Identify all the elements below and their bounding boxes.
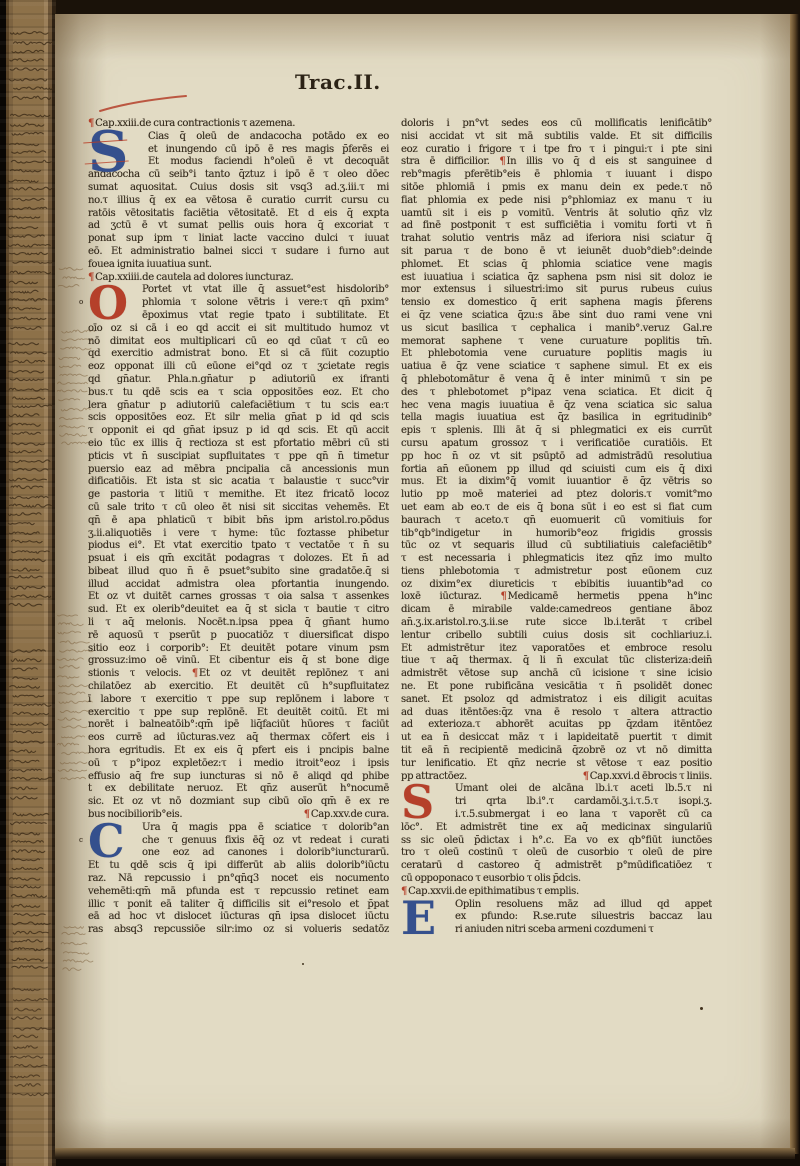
body-text-line: cū sale trito τ cū oleo ēt nisi sit sicc… xyxy=(88,502,389,515)
body-text-line: nō dimitat eos multiplicari cū eo qd cūa… xyxy=(88,336,389,349)
handwriting-line xyxy=(10,143,39,146)
handwriting-line xyxy=(9,78,47,81)
body-text-line: Oplin resoluens māz ad illud qd appet xyxy=(455,899,712,912)
handwriting-line xyxy=(12,568,40,571)
body-text-line: nisi accidat vt sit mā subtilis valde. E… xyxy=(401,131,712,144)
handwriting-line xyxy=(60,434,87,437)
body-text-line: admistrēt vētose sup anchā cū icisione τ… xyxy=(401,668,712,681)
ink-speck xyxy=(700,1007,703,1010)
handwriting-line xyxy=(61,736,84,739)
body-text-line: dificatiōis. Et ista st sic acatia τ bal… xyxy=(88,476,389,489)
body-text-line: Et oz vt duitēt carnes grossas τ oia sal… xyxy=(88,591,389,604)
body-text-line: norēt i balneatōib°:qm̄ ipē liq̄faciūt h… xyxy=(88,719,389,732)
handwriting-line xyxy=(60,641,89,644)
body-text-line: uatiua ē q̄z vene sciatice τ saphene sim… xyxy=(401,361,712,374)
handwriting-line xyxy=(10,378,43,380)
handwriting-line xyxy=(60,417,84,419)
body-text-line: ss sic oleū p̄dictax i h°.c. Ea vo ex qb… xyxy=(401,835,712,848)
handwriting-line xyxy=(10,32,48,35)
body-text-line: ʒ.ii.aliquotiēs i vere τ hyme: tūc fozta… xyxy=(88,528,389,541)
handwriting-line xyxy=(10,948,51,951)
handwriting-line xyxy=(12,904,40,907)
body-text-line: vehemēti:qm̄ mā pfunda est τ repcussio r… xyxy=(88,886,389,899)
handwriting-line xyxy=(11,160,51,163)
body-text-line: hec vena magis iuuatiua ē q̄z vena sciat… xyxy=(401,400,712,413)
handwriting-line xyxy=(59,623,84,626)
book-photo: Trac.II. ¶Cap.xxiii.de cura contractioni… xyxy=(0,0,800,1166)
body-text-line: illud accidat admistra olea pfortantia i… xyxy=(88,579,389,592)
handwriting-line xyxy=(59,365,80,368)
body-text-line: bibeat illud quo n̄ ē psuet°subito sine … xyxy=(88,566,389,579)
body-text-line: fiat phlomia ex pede nisi p°phlomiaz ex … xyxy=(401,195,712,208)
body-text-line: tiens phlebotomia τ admistretur post eūo… xyxy=(401,566,712,579)
handwriting-line xyxy=(9,371,44,373)
handwriting-line xyxy=(14,704,51,706)
body-text-line: tro τ oleū costinū τ oleū de cusorbio τ … xyxy=(401,847,712,860)
handwriting-line xyxy=(10,207,47,209)
body-text-line: tensio ex domestico q̄ erit saphena magi… xyxy=(401,297,712,310)
initial-letter: O xyxy=(88,281,128,325)
handwriting-line xyxy=(10,271,50,274)
handwriting-line xyxy=(57,658,83,661)
handwriting-line xyxy=(60,374,87,376)
handwriting-line xyxy=(11,123,44,126)
handwriting-line xyxy=(9,460,50,463)
body-text-line: che τ genuus fixis ēq̄ oz vt redeat i cu… xyxy=(142,835,389,848)
handwriting-line xyxy=(63,952,89,955)
handwriting-line xyxy=(60,762,86,764)
body-text-line: phlomia τ solone vētris i vere:τ qn̄ pxi… xyxy=(142,297,389,310)
body-text-line: ad ʒctū ē vt sumat pellis ouis hora q̄ e… xyxy=(88,220,389,233)
handwriting-line xyxy=(15,1008,41,1011)
body-text-line: us sicut basilica τ cephalica i manib°.v… xyxy=(401,323,712,336)
body-text-line: q̄ phlebotomātur ē vena q̄ ē inter minim… xyxy=(401,374,712,387)
body-text-line: qd exercitio admistrat bono. Et si cā fū… xyxy=(88,348,389,361)
inline-chapter-heading: ¶Cap.xxv.de cura. xyxy=(304,809,389,822)
handwriting-line xyxy=(10,750,36,753)
body-text-line: sumat aquositat. Cuius dosis sit vsq3 ad… xyxy=(88,182,389,195)
handwriting-line xyxy=(9,532,39,535)
text-paragraph: SUmant olei de alcāna lb.i.τ aceti lb.5.… xyxy=(401,783,712,885)
body-text-line: an̄.ʒ.ix.aristol.ro.ʒ.ii.se rute sicce l… xyxy=(401,617,712,630)
body-text-line: tri qrta lb.i°.τ cardamōi.ʒ.i.τ.5.τ isop… xyxy=(455,796,712,809)
handwriting-line xyxy=(12,132,43,135)
handwriting-line xyxy=(8,423,40,426)
body-text-line: stionis τ velocis. ¶Et oz vt deuitēt rep… xyxy=(88,668,389,681)
initial-guide-letter: o xyxy=(79,298,83,306)
handwriting-line xyxy=(12,867,42,870)
handwriting-line xyxy=(8,523,34,525)
body-text-line: ge pastoria τ litiū τ memithe. Et itez f… xyxy=(88,489,389,502)
body-text-line: effusio aq̄ fre sup iuncturas si nō ē al… xyxy=(88,771,389,784)
body-text-line: tūc oz vt sequaris illud cū subtiliatiui… xyxy=(401,540,712,553)
body-text-line: Et phlebotomia vene curuature poplitis m… xyxy=(401,348,712,361)
body-text-line: ratōis vētositatis faciētia vētositatē. … xyxy=(88,208,389,221)
body-text-line: Cias q̄ oleū de andacocha potādo ex eo xyxy=(148,131,389,144)
handwriting-line xyxy=(10,760,39,763)
body-text-line: Ura q̄ magis ppa ē sciatice τ dolorib°an xyxy=(142,822,389,835)
pilcrow-mark: ¶ xyxy=(304,809,310,820)
handwriting-line xyxy=(11,822,47,825)
handwriting-line xyxy=(59,268,83,271)
illuminated-initial: E xyxy=(401,899,451,937)
handwriting-line xyxy=(13,261,52,263)
body-text-line: et inungendo cū ipō ē res magis p̄ferēs … xyxy=(148,144,389,157)
handwriting-line xyxy=(59,398,80,400)
handwriting-line xyxy=(57,676,79,679)
handwriting-line xyxy=(9,576,42,578)
body-text-line: oīo oz si cā i eo qd accit ei sit multit… xyxy=(88,323,389,336)
body-text-line: eā ad hoc vt dislocet iūcturas qn̄ ipsa … xyxy=(88,911,389,924)
body-text-line: pticis vt n̄ suscipiat supfluitates τ pp… xyxy=(88,451,389,464)
body-text-line: lutio pp moē materiei ad ptez doloris.τ … xyxy=(401,489,712,502)
red-pen-flourish xyxy=(83,139,128,164)
handwriting-line xyxy=(13,931,48,934)
handwriting-line xyxy=(12,966,48,968)
handwriting-line xyxy=(62,726,87,728)
handwriting-line xyxy=(8,360,44,363)
body-text-line: andacocha cū seib°i tanto q̄ztuz i ipō ē… xyxy=(88,169,389,182)
body-text-line: sud. Et ex olerib°deuitet ea q̄ st sicla… xyxy=(88,604,389,617)
handwriting-line xyxy=(61,777,86,780)
handwriting-line xyxy=(11,940,42,942)
body-text-line: raz. Nā repcussio i pn°qn̄q3 nocet eis n… xyxy=(88,873,389,886)
handwriting-line xyxy=(9,559,45,562)
handwriting-line xyxy=(61,942,87,944)
body-text-line: uamtū sit i eis p vomitū. Ventris āt sol… xyxy=(401,208,712,221)
handwriting-line xyxy=(64,927,84,929)
book-page: Trac.II. ¶Cap.xxiii.de cura contractioni… xyxy=(55,14,790,1148)
handwriting-line xyxy=(12,958,43,961)
handwriting-line xyxy=(9,478,46,481)
body-text-line: scis oppositōes eoz. Et silr melia gn̄at… xyxy=(88,412,389,425)
body-text-line: Portet vt vtat ille q̄ assuet°est hisdol… xyxy=(142,284,389,297)
body-text-line: rē aquosū τ pserūt p puocatiōz τ diuersi… xyxy=(88,630,389,643)
chapter-heading: ¶Cap.xxiiii.de cautela ad dolores iunctu… xyxy=(88,272,389,285)
handwriting-line xyxy=(11,796,37,799)
handwriting-line xyxy=(9,450,41,453)
body-text-line: lōc°. Et admistrēt tine ex aq̄ medicinax… xyxy=(401,822,712,835)
body-text-line: li τ aq̄ melonis. Nocēt.n.ipsa ppea q̄ g… xyxy=(88,617,389,630)
handwriting-line xyxy=(10,290,38,293)
handwriting-line xyxy=(11,486,43,489)
body-text-line: ceratarū d̄ castoreo q̄ admistrēt p°mūdi… xyxy=(401,860,712,873)
body-text-line: tella magis iuuatiua est q̄z basilica in… xyxy=(401,412,712,425)
handwriting-line xyxy=(11,327,41,330)
body-text-line: fouea ignita iuuatiua sunt. xyxy=(88,259,389,272)
body-text-line: bus.τ tu qdē scis ea τ scia oppositōes e… xyxy=(88,387,389,400)
body-text-line: t ex debilitate neruoz. Et qn̄z auserūt … xyxy=(88,783,389,796)
body-text-line: eio tūc ex illis q̄ rectioza st est pfor… xyxy=(88,438,389,451)
handwriting-line xyxy=(8,235,44,238)
handwriting-line xyxy=(62,752,89,755)
handwriting-line xyxy=(9,388,48,391)
handwriting-line xyxy=(11,352,47,354)
text-paragraph: doloris i pn°vt sedes eos cū mollificati… xyxy=(401,118,712,783)
handwriting-line xyxy=(9,504,51,507)
handwriting-line xyxy=(13,695,44,697)
handwriting-line xyxy=(13,813,49,816)
handwriting-line xyxy=(11,1017,41,1020)
handwriting-line xyxy=(11,1075,40,1078)
body-text-line: pp attractōez.¶Cap.xxvi.d̄ ēbrocis τ lin… xyxy=(401,771,712,784)
handwriting-line xyxy=(14,1046,38,1049)
handwriting-line xyxy=(8,244,50,247)
body-text-line: ne. Et pone rubificāna vesicātia τ n̄ ps… xyxy=(401,681,712,694)
handwriting-line xyxy=(11,595,51,598)
body-text-line: grossuz:imo oē vinū. Et cibentur eis q̄ … xyxy=(88,655,389,668)
text-paragraph: CcUra q̄ magis ppa ē sciatice τ dolorib°… xyxy=(88,822,389,937)
handwriting-line xyxy=(61,347,91,350)
body-text-line: ad exterioza.τ abhorēt acuitas pp q̄zdam… xyxy=(401,719,712,732)
handwriting-line xyxy=(14,87,53,90)
handwriting-line xyxy=(13,469,48,472)
body-text-line: baurach τ aceto.τ qn̄ euomuerit cū vomit… xyxy=(401,515,712,528)
body-text-line: psuat i eis qm̄ excitāt podagras τ doloz… xyxy=(88,553,389,566)
handwriting-line xyxy=(58,285,79,288)
body-text-line: i.τ.5.submergat i eo lana τ vaporēt cū c… xyxy=(455,809,712,822)
handwriting-line xyxy=(8,298,46,301)
text-column-left: ¶Cap.xxiii.de cura contractionis τ azeme… xyxy=(88,118,389,937)
handwriting-line xyxy=(11,787,37,790)
edge-marginalia-handwriting xyxy=(0,0,56,1166)
handwriting-line xyxy=(61,408,90,411)
body-text-line: eoz opponat illi cū eūone ei°qd oz τ ʒci… xyxy=(88,361,389,374)
handwriting-line xyxy=(10,252,48,254)
body-text-line: stra ē difficilior. ¶In illis vo q̄ d̄ e… xyxy=(401,156,712,169)
handwriting-line xyxy=(12,96,50,99)
handwriting-line xyxy=(13,1093,49,1096)
body-text-line: no.τ illius q̄ ex ea vētosa ē curatio cu… xyxy=(88,195,389,208)
handwriting-line xyxy=(11,659,41,662)
illuminated-initial: Cc xyxy=(88,822,138,860)
handwriting-line xyxy=(9,216,40,219)
handwriting-line xyxy=(59,684,88,687)
body-text-line: oz dixim°ex diureticis τ ebibitis iuuant… xyxy=(401,579,712,592)
handwriting-line xyxy=(12,988,40,991)
body-text-line: phlomet. Et scias q̄ phlomia sciatice ve… xyxy=(401,259,712,272)
handwriting-line xyxy=(10,68,47,71)
body-text-line: tur lenificatio. Et qn̄z necrie st vētos… xyxy=(401,758,712,771)
body-text-line: trahat solutio ventris māz ad iferiora n… xyxy=(401,233,712,246)
handwriting-line xyxy=(11,841,43,843)
handwriting-line xyxy=(8,342,38,345)
body-text-line: sanet. Et psoloz qd admistratoz i eis di… xyxy=(401,694,712,707)
body-text-line: cursu apatum grossoz τ i verificatiōe cu… xyxy=(401,438,712,451)
body-text-line: cū oppoponaco τ eusorbio τ olis p̄dcis. xyxy=(401,873,712,886)
handwriting-line xyxy=(62,932,85,934)
handwriting-line xyxy=(59,666,79,669)
handwriting-line xyxy=(10,1056,42,1058)
body-text-line: τ opponit ei qd gn̄at ipsuz p id qd scis… xyxy=(88,425,389,438)
body-text-line: sic. Et oz vt nō dozmiant sup cibū oīo q… xyxy=(88,796,389,809)
handwriting-line xyxy=(11,114,50,117)
body-text-line: mor extensus i siluestri:imo sit purus r… xyxy=(401,284,712,297)
handwriting-line xyxy=(10,741,44,744)
initial-letter: E xyxy=(401,896,436,940)
body-text-line: qn̄ ē apa phlaticū τ bibit bn̄s ipm aris… xyxy=(88,515,389,528)
handwriting-line xyxy=(13,677,38,680)
body-text-line: tiue τ aq̄ thermax. q̄ li n̄ exculat tūc… xyxy=(401,655,712,668)
handwriting-line xyxy=(58,718,81,721)
body-text-line: mus. Et ia dixim°q̄ vomit iuuantior ē q̄… xyxy=(401,476,712,489)
pilcrow-mark: ¶ xyxy=(192,668,198,679)
handwriting-line xyxy=(12,922,50,925)
body-text-line: bus nocibiliorib°eis.¶Cap.xxv.de cura. xyxy=(88,809,389,822)
handwriting-line xyxy=(12,540,43,543)
handwriting-line xyxy=(12,198,44,201)
handwriting-line xyxy=(10,650,45,653)
handwriting-line xyxy=(9,414,39,417)
text-paragraph: EOplin resoluens māz ad illud qd appetex… xyxy=(401,899,712,937)
text-paragraph: SCias q̄ oleū de andacocha potādo ex eoe… xyxy=(88,131,389,272)
body-text-line: memorat saphene τ vene curuature popliti… xyxy=(401,336,712,349)
body-text-line: ras absq3 repcussiōe silr:imo oz si volu… xyxy=(88,924,389,937)
body-text-line: Umant olei de alcāna lb.i.τ aceti lb.5.τ… xyxy=(455,783,712,796)
handwriting-line xyxy=(15,1084,40,1087)
handwriting-line xyxy=(8,180,38,183)
handwriting-line xyxy=(10,586,45,589)
ink-speck xyxy=(302,963,304,965)
body-text-line: exercitio τ ppe sup replōnē. Et deuitēt … xyxy=(88,707,389,720)
illuminated-initial: S xyxy=(401,783,451,821)
handwriting-line xyxy=(63,277,85,279)
handwriting-line xyxy=(13,712,49,715)
handwriting-line xyxy=(63,960,93,963)
body-text-line: chilatōez ab exercitio. Et deuitēt cū h°… xyxy=(88,681,389,694)
handwriting-line xyxy=(58,382,88,384)
body-text-line: piodus ei°. Et vtat exercitio tpato τ ve… xyxy=(88,540,389,553)
page-fore-edge xyxy=(790,14,799,1154)
inline-chapter-heading: ¶Cap.xxvi.d̄ ēbrocis τ liniis. xyxy=(583,771,712,784)
handwriting-line xyxy=(9,281,37,284)
body-text-line: Et admistrētur itez vaporatōes et embroc… xyxy=(401,643,712,656)
body-text-line: epis τ splenis. Illi āt q̄ si phlegmatic… xyxy=(401,425,712,438)
body-text-line: ad finē postponit τ est sufficiētia i vo… xyxy=(401,220,712,233)
chapter-heading: ¶Cap.xxvii.de epithimatibus τ emplis. xyxy=(401,886,712,899)
handwriting-line xyxy=(12,858,40,861)
body-text-line: sitio eoz i corporib°: Et deuitēt potare… xyxy=(88,643,389,656)
handwriting-line xyxy=(59,426,84,429)
body-text-line: tit eā n̄ recipientē medicinā q̄zobrē oz… xyxy=(401,745,712,758)
handwriting-line xyxy=(59,692,86,695)
body-text-line: pp hoc n̄ oz vt sit psūptō ad admistrādū… xyxy=(401,451,712,464)
handwriting-line xyxy=(15,1065,47,1068)
body-text-line: sitōe phlomiā i pmis ex manu dein ex ped… xyxy=(401,182,712,195)
body-text-line: uet eam ab eo.τ de eis q̄ bona sūt i eo … xyxy=(401,502,712,515)
body-text-line: hora egritudis. Et ex eis q̄ pfert eis i… xyxy=(88,745,389,758)
handwriting-line xyxy=(13,397,45,400)
body-text-line: dicam ē mirabile valde:camedreos gentian… xyxy=(401,604,712,617)
body-text-line: reb°magis pferētib°eis ē phlomia τ iuuan… xyxy=(401,169,712,182)
initial-letter: C xyxy=(88,819,124,863)
pilcrow-mark: ¶ xyxy=(583,771,589,782)
handwriting-line xyxy=(11,777,53,780)
body-text-line: τ est necessaria i phlegmaticis itez qn̄… xyxy=(401,553,712,566)
handwriting-line xyxy=(11,551,49,554)
handwriting-line xyxy=(9,227,38,229)
body-text-line: Et tu qdē scis q̄ ipi differūt ab aliis … xyxy=(88,860,389,873)
body-text-line: loxē iūcturaz. ¶Medicamē hermetis ppena … xyxy=(401,591,712,604)
body-text-line: eos currē ad iūcturas.vez aq̄ thermax cō… xyxy=(88,732,389,745)
body-text-line: ex pfundo: R.se.rute siluestris baccaz l… xyxy=(455,911,712,924)
handwriting-line xyxy=(12,850,45,853)
text-column-right: doloris i pn°vt sedes eos cū mollificati… xyxy=(401,118,712,937)
handwriting-line xyxy=(10,496,48,499)
chapter-heading: ¶Cap.xxiii.de cura contractionis τ azeme… xyxy=(88,118,389,131)
handwriting-line xyxy=(14,42,54,45)
handwriting-line xyxy=(9,603,42,606)
body-text-line: lentur cribello subtili cuius dosis sit … xyxy=(401,630,712,643)
handwriting-line xyxy=(12,50,44,53)
initial-guide-letter: c xyxy=(79,836,83,844)
body-text-line: est iuuatiua i sciatica q̄z saphena psm … xyxy=(401,272,712,285)
text-paragraph: OoPortet vt vtat ille q̄ assuet°est hisd… xyxy=(88,284,389,821)
body-text-line: illic τ ponit eā taliter q̄ difficilis s… xyxy=(88,899,389,912)
handwriting-line xyxy=(10,769,42,772)
body-text-line: tib°qb°indigetur in humorib°eoz frigidis… xyxy=(401,528,712,541)
handwriting-line xyxy=(10,832,40,835)
handwriting-line xyxy=(10,59,44,62)
handwriting-line xyxy=(9,187,52,190)
body-text-line: ut ea n̄ desiccat māz τ i lapideitatē pu… xyxy=(401,732,712,745)
page-bottom-edge xyxy=(55,1148,795,1159)
body-text-line: fortia an̄ eūonem pp illud qd sciuisti c… xyxy=(401,464,712,477)
initial-letter: S xyxy=(401,780,434,824)
handwriting-line xyxy=(62,442,92,445)
body-text-line: ei q̄z vene sciatica q̄zu:s ābe sint duo… xyxy=(401,310,712,323)
handwriting-line xyxy=(14,999,48,1001)
handwriting-line xyxy=(9,317,46,320)
body-text-line: des τ phlebotomet p°ipaz vena sciatica. … xyxy=(401,387,712,400)
handwriting-line xyxy=(13,404,53,407)
handwriting-line xyxy=(10,169,40,172)
handwriting-line xyxy=(14,731,43,734)
body-text-line: one eoz ad canones i dolorib°iuncturarū. xyxy=(142,847,389,860)
handwriting-line xyxy=(12,432,40,434)
body-text-line: ri aniuden nitri sceba armeni cozdumeni … xyxy=(455,924,712,937)
body-text-line: lera gn̄atur p adiutoriū calefaciētium τ… xyxy=(88,400,389,413)
handwriting-line xyxy=(59,357,80,359)
body-text-line: puersio eaz ad mēbra pncipalia cā ancess… xyxy=(88,464,389,477)
handwriting-line xyxy=(12,443,45,446)
handwriting-line xyxy=(63,968,81,971)
handwriting-line xyxy=(57,743,78,746)
handwriting-line xyxy=(15,1028,52,1031)
illuminated-initial: Oo xyxy=(88,284,138,322)
body-text-line: oū τ p°ipoz expletōez:τ i medio itroit°e… xyxy=(88,758,389,771)
handwriting-line xyxy=(57,390,87,392)
body-text-line: ī labore τ exercitio τ ppe sup replōnem … xyxy=(88,694,389,707)
body-text-line: eō. Et administratio balnei sicci τ suda… xyxy=(88,246,389,259)
body-text-line: ponat sup ipm τ liniat lacte vaccino dul… xyxy=(88,233,389,246)
body-text-line: ad duas itēntōes:q̄z vna ē resolo τ alte… xyxy=(401,707,712,720)
body-text-line: qd gn̄atur. Phla.n.gn̄atur p adiutoriū e… xyxy=(88,374,389,387)
pilcrow-mark: ¶ xyxy=(499,156,505,167)
body-text-line: doloris i pn°vt sedes eos cū mollificati… xyxy=(401,118,712,131)
illuminated-initial: S xyxy=(88,131,144,169)
body-text-line: sit parua τ de bono ē vt ieiunēt duob°di… xyxy=(401,246,712,259)
handwriting-line xyxy=(58,615,78,616)
body-text-line: Et modus faciendi h°oleū ē vt decoquāt xyxy=(148,156,389,169)
handwriting-line xyxy=(12,668,37,671)
handwriting-line xyxy=(11,894,46,897)
body-text-line: ēpoximus vtat regie tpato i subtilitate.… xyxy=(142,310,389,323)
handwriting-line xyxy=(58,769,86,771)
handwriting-line xyxy=(8,513,41,516)
handwriting-line xyxy=(11,723,49,726)
body-text-line: eoz curatio i frigore τ i tpe fro τ i pi… xyxy=(401,144,712,157)
